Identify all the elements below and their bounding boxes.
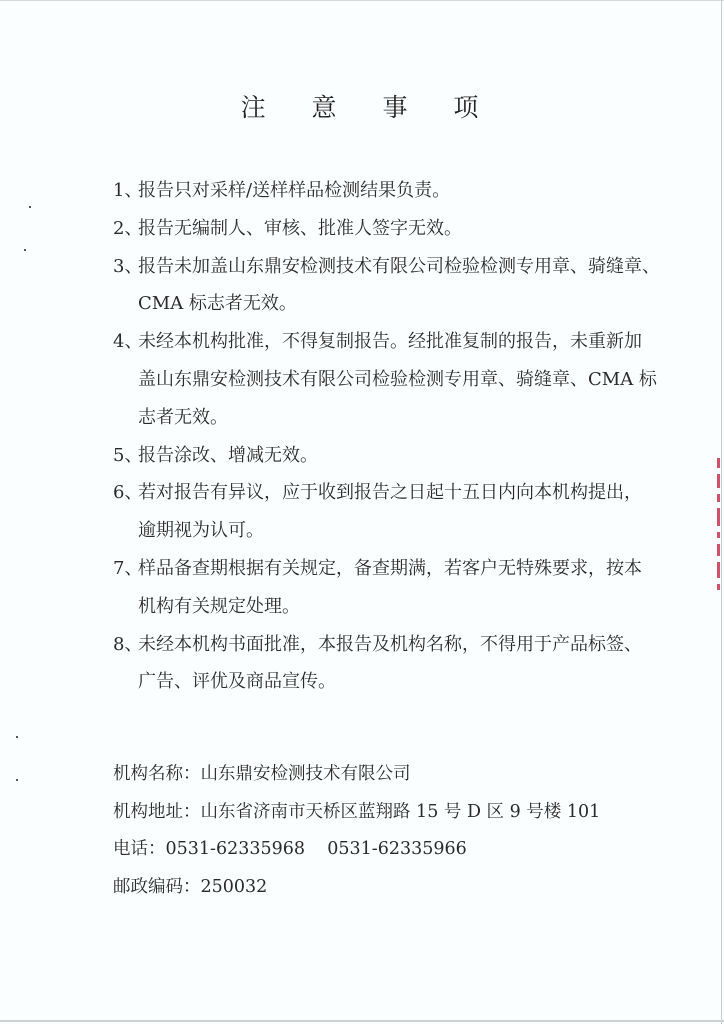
document-page: 注 意 事 项 1、 报告只对采样/送样样品检测结果负责。 2、 报告无编制人、… — [0, 0, 724, 1024]
item-line: 机构有关规定处理。 — [138, 588, 633, 626]
org-postal-code: 邮政编码：250032 — [113, 869, 600, 907]
item-line: 报告涂改、增减无效。 — [138, 437, 633, 475]
item-line: 未经本机构书面批准，本报告及机构名称，不得用于产品标签、 — [138, 626, 633, 664]
scan-dot — [16, 736, 18, 738]
item-number: 1、 — [113, 172, 139, 210]
notice-item: 6、 若对报告有异议，应于收到报告之日起十五日内向本机构提出， 逾期视为认可。 — [113, 474, 633, 550]
item-number: 7、 — [113, 550, 139, 588]
page-edge-top — [0, 0, 724, 1]
item-line: 广告、评优及商品宣传。 — [138, 663, 633, 701]
seal-edge-mark — [717, 458, 722, 623]
org-phone: 电话：0531-62335968 0531-62335966 — [113, 831, 600, 869]
item-line: 报告只对采样/送样样品检测结果负责。 — [138, 172, 633, 210]
item-number: 3、 — [113, 248, 139, 286]
organization-info: 机构名称：山东鼎安检测技术有限公司 机构地址：山东省济南市天桥区蓝翔路 15 号… — [113, 756, 600, 906]
notice-item: 3、 报告未加盖山东鼎安检测技术有限公司检验检测专用章、骑缝章、 CMA 标志者… — [113, 248, 633, 324]
notice-item: 5、 报告涂改、增减无效。 — [113, 437, 633, 475]
item-line: CMA 标志者无效。 — [138, 285, 633, 323]
notice-list: 1、 报告只对采样/送样样品检测结果负责。 2、 报告无编制人、审核、批准人签字… — [113, 172, 633, 701]
item-number: 5、 — [113, 437, 139, 475]
notice-item: 2、 报告无编制人、审核、批准人签字无效。 — [113, 210, 633, 248]
scan-dot — [29, 206, 31, 208]
item-line: 若对报告有异议，应于收到报告之日起十五日内向本机构提出， — [138, 474, 633, 512]
item-line: 逾期视为认可。 — [138, 512, 633, 550]
notice-item: 1、 报告只对采样/送样样品检测结果负责。 — [113, 172, 633, 210]
item-number: 2、 — [113, 210, 139, 248]
scan-dot — [16, 779, 18, 781]
org-name: 机构名称：山东鼎安检测技术有限公司 — [113, 756, 600, 794]
page-edge-bottom — [0, 1020, 724, 1022]
org-address: 机构地址：山东省济南市天桥区蓝翔路 15 号 D 区 9 号楼 101 — [113, 794, 600, 832]
page-title: 注 意 事 项 — [0, 88, 724, 124]
item-line: 样品备查期根据有关规定，备查期满，若客户无特殊要求，按本 — [138, 550, 633, 588]
scan-dot — [24, 249, 26, 251]
item-line: 报告无编制人、审核、批准人签字无效。 — [138, 210, 633, 248]
notice-item: 7、 样品备查期根据有关规定，备查期满，若客户无特殊要求，按本 机构有关规定处理… — [113, 550, 633, 626]
item-number: 4、 — [113, 323, 139, 361]
notice-item: 4、 未经本机构批准，不得复制报告。经批准复制的报告，未重新加 盖山东鼎安检测技… — [113, 323, 633, 436]
notice-item: 8、 未经本机构书面批准，本报告及机构名称，不得用于产品标签、 广告、评优及商品… — [113, 626, 633, 702]
item-number: 8、 — [113, 626, 139, 664]
item-line: 盖山东鼎安检测技术有限公司检验检测专用章、骑缝章、CMA 标 — [138, 361, 633, 399]
item-line: 未经本机构批准，不得复制报告。经批准复制的报告，未重新加 — [138, 323, 633, 361]
item-line: 志者无效。 — [138, 399, 633, 437]
item-number: 6、 — [113, 474, 139, 512]
item-line: 报告未加盖山东鼎安检测技术有限公司检验检测专用章、骑缝章、 — [138, 248, 633, 286]
